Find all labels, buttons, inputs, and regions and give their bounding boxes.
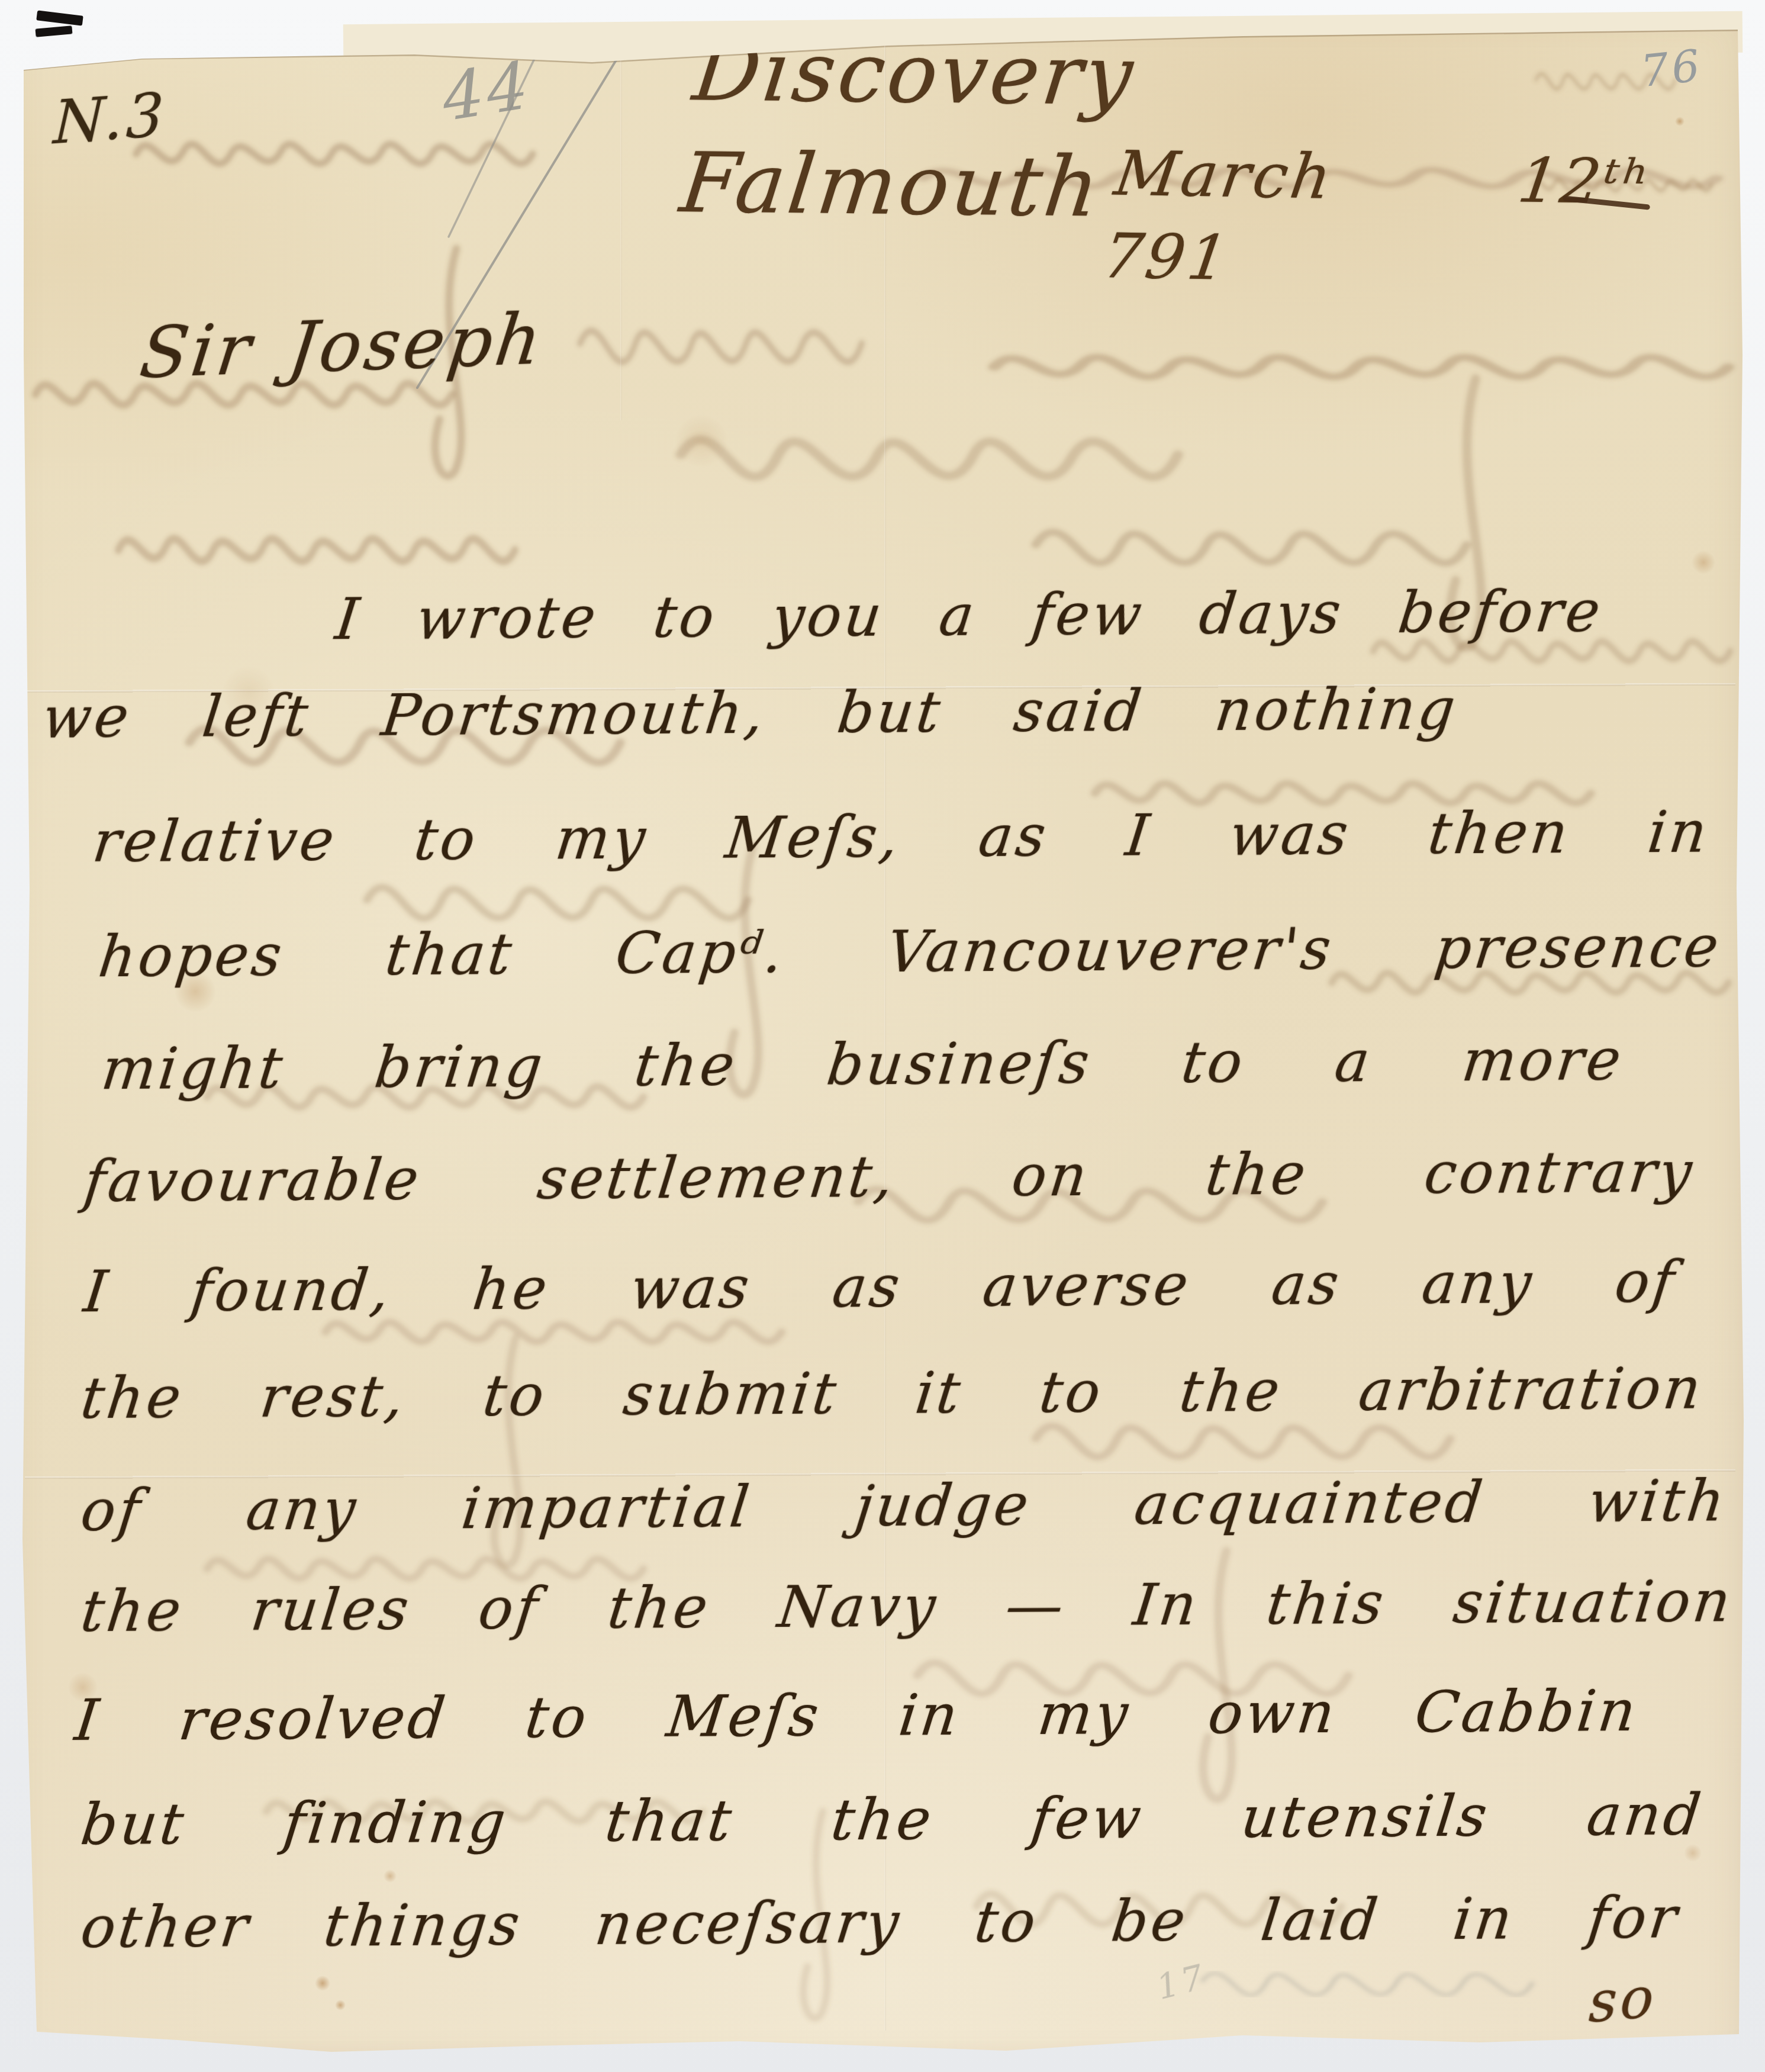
foxing-spot	[335, 2000, 346, 2010]
crease-top-left	[620, 41, 622, 420]
faint-pencil-note: 17	[1152, 1954, 1211, 2010]
foxing-spot	[675, 414, 728, 468]
letter-page: N.3 44 Discovery Falmouth 76 March 12ᵗʰ …	[0, 0, 1765, 2072]
foxing-spot	[1675, 117, 1685, 126]
manuscript-line-2: we left Portsmouth, but said nothing	[38, 671, 1462, 756]
manuscript-line-11: I resolved to Meſs in my own Cabbin	[71, 1673, 1642, 1759]
manuscript-line-13: other things neceſsary to be laid in for	[77, 1880, 1684, 1966]
manuscript-line-10: the rules of the Navy — In this situatio…	[77, 1563, 1737, 1650]
manuscript-line-9: of any impartial judge acquainted with	[77, 1463, 1731, 1550]
archival-number: N.3	[52, 75, 168, 163]
foxing-spot	[384, 1870, 397, 1883]
folio-number: 76	[1638, 37, 1706, 102]
manuscript-line-12: but finding that the few utensils and	[77, 1777, 1708, 1863]
heading-date-line: March 12ᵗʰ 791	[1098, 132, 1657, 307]
manuscript-line-3: relative to my Meſs, as I was then in	[89, 794, 1714, 880]
scan-corner-mark	[36, 25, 73, 37]
salutation: Sir Joseph	[135, 292, 549, 401]
scan-canvas: N.3 44 Discovery Falmouth 76 March 12ᵗʰ …	[0, 0, 1765, 2072]
manuscript-line-4: hopes that Capᵈ. Vancouverer's presence	[95, 909, 1725, 995]
foxing-spot	[315, 1976, 330, 1991]
manuscript-line-8: the rest, to submit it to the arbitratio…	[77, 1350, 1708, 1437]
manuscript-line-7: I found, he was as averse as any of	[80, 1244, 1681, 1330]
scan-corner-mark	[36, 10, 83, 25]
manuscript-line-1: I wrote to you a few days before	[331, 574, 1607, 658]
catchword: so	[1587, 1960, 1658, 2042]
manuscript-line-6: favourable settlement, on the contrary	[80, 1134, 1699, 1220]
foxing-spot	[1692, 551, 1715, 574]
manuscript-line-5: might bring the busineſs to a more	[98, 1022, 1628, 1108]
